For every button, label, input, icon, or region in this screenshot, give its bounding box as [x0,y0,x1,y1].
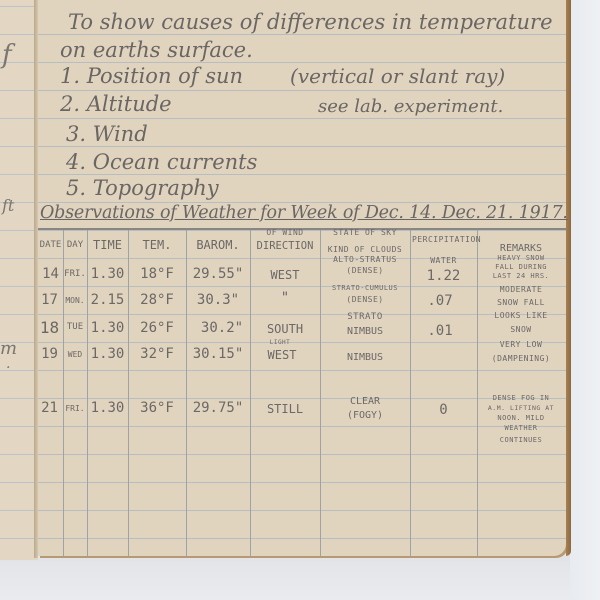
prev-page-mark: . [6,356,10,372]
header-barom: BAROM. [186,238,250,252]
cell-temp: 26°F [128,320,186,336]
cell-temp: 18°F [128,266,186,282]
note-text: Ocean currents [93,150,258,174]
cell-precip: 1.22 [410,268,477,284]
table-title: Observations of Weather for Week of Dec.… [40,203,568,223]
cell-day: TUE [63,322,87,332]
note-item-5: 5. Topography [66,176,219,200]
cell-wind: WEST [250,348,314,362]
cell-remarks: HEAVY SNOW [477,254,565,262]
cell-remarks: SNOW [477,325,565,334]
cell-day: MON. [63,296,87,305]
header-wind: DIRECTION [250,240,320,252]
note-item-2: 2. Altitude [60,92,172,116]
cell-sky1: STRATO-CUMULUS [320,284,410,292]
cell-barom: 29.55" [186,266,250,282]
cell-sky2: (DENSE) [320,295,410,304]
cell-time: 2.15 [87,292,128,308]
cell-sky2: NIMBUS [320,326,410,337]
note-aside-2: see lab. experiment. [318,96,503,117]
notes-heading-line1: To show causes of differences in tempera… [68,10,553,34]
cell-remarks: (DAMPENING) [477,354,565,363]
header-date: DATE [38,240,63,250]
note-number: 3. [66,122,86,146]
cell-sky1: STRATO [320,312,410,322]
cell-wind-note: LIGHT [250,339,310,346]
note-number: 4. [66,150,86,174]
cell-sky2: (DENSE) [320,266,410,275]
cell-sky2: (FOGY) [320,410,410,421]
note-item-3: 3. Wind [66,122,148,146]
cell-remarks: LAST 24 HRS. [477,272,565,280]
cell-date: 21 [36,400,63,416]
prev-page-mark: f [2,40,12,70]
note-aside-1: (vertical or slant ray) [290,64,505,88]
cell-sky2: NIMBUS [320,352,410,363]
header-sky-top: STATE OF SKY [320,228,410,237]
note-text: Altitude [87,92,172,116]
header-sky: KIND OF CLOUDS [320,245,410,254]
cell-remarks: WEATHER [477,424,565,432]
cell-remarks: SNOW FALL [477,298,565,307]
cell-wind: WEST [250,268,320,282]
cell-day: FRI. [63,404,87,413]
header-precip-sub: WATER [410,256,477,265]
cell-precip: 0 [410,402,477,418]
previous-page: f ft m . [0,0,38,560]
header-day: DAY [63,240,87,250]
cell-barom: 30.2" [190,320,254,336]
prev-page-mark: ft [2,196,14,215]
cell-wind: SOUTH [250,322,320,336]
cell-remarks: A.M. LIFTING AT [477,404,565,412]
cell-sky1: CLEAR [320,396,410,407]
cell-barom: 29.75" [186,400,250,416]
column-divider [320,230,321,556]
note-number: 2. [60,92,80,116]
cell-remarks: VERY LOW [477,340,565,349]
cell-date: 19 [36,346,63,362]
notes-heading-line2: on earths surface. [60,38,253,62]
note-number: 5. [66,176,86,200]
cell-wind: " [250,290,320,306]
note-item-1: 1. Position of sun [60,64,243,88]
cell-time: 1.30 [87,320,128,336]
cell-precip: .07 [410,293,470,309]
cell-temp: 36°F [128,400,186,416]
note-text: Topography [93,176,219,200]
cell-date: 17 [36,292,63,308]
cell-date: 18 [36,318,63,337]
cell-wind: STILL [250,402,320,416]
cell-sky1: ALTO-STRATUS [320,255,410,264]
note-number: 1. [60,64,80,88]
header-wind-top: OF WIND [250,228,320,237]
header-temp: TEM. [128,238,186,252]
cell-remarks: CONTINUES [477,436,565,444]
cell-remarks: NOON. MILD [477,414,565,422]
cell-day: WED [63,350,87,359]
table-surface-right [570,0,600,600]
note-item-4: 4. Ocean currents [66,150,257,174]
cell-day: FRI. [63,269,87,279]
cell-barom: 30.15" [186,346,250,362]
cell-temp: 28°F [128,292,186,308]
cell-precip: .01 [410,323,470,339]
cell-time: 1.30 [87,346,128,362]
note-text: Wind [93,122,148,146]
cell-time: 1.30 [87,266,128,282]
cell-date: 14 [38,266,63,282]
cell-barom: 30.3" [186,292,250,308]
header-remarks: REMARKS [477,243,565,254]
header-time: TIME [87,238,128,252]
cell-remarks: FALL DURING [477,263,565,271]
cell-time: 1.30 [87,400,128,416]
page-edge [566,0,571,556]
cell-remarks: MODERATE [477,285,565,294]
cell-temp: 32°F [128,346,186,362]
note-text: Position of sun [87,64,243,88]
cell-remarks: DENSE FOG IN [477,394,565,402]
cell-remarks: LOOKS LIKE [477,311,565,320]
